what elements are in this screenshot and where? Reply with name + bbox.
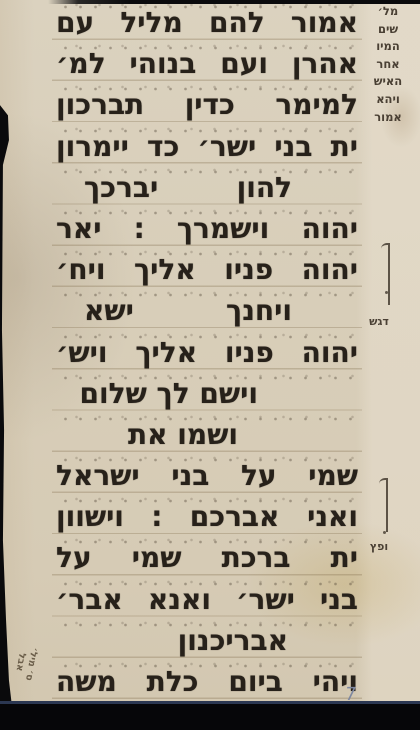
text-line: יהוה פניו אליך ויח׳ [56, 249, 358, 290]
masorah-word: האיש [364, 73, 412, 91]
masorah-nun-stroke-1 [381, 243, 390, 305]
photo-edge-top [0, 0, 420, 4]
text-word: יברכך [84, 167, 158, 208]
photo-edge-bottom [0, 701, 420, 730]
text-line: ויחנךישא [56, 290, 358, 331]
text-line: ושמו את [56, 414, 358, 455]
text-line: אבריכנון [56, 620, 358, 661]
text-line: יהוה פניו אליך ויש׳ [56, 332, 358, 373]
text-word: ישא [84, 290, 134, 331]
masorah-nun-stroke-2 [379, 478, 388, 532]
text-line: ית בני ישר׳ כד יימרון [56, 126, 358, 167]
masorah-dot-1 [385, 291, 388, 294]
masorah-word: אחר [364, 56, 412, 74]
masorah-word: המיו [364, 38, 412, 56]
text-word: ויחנך [226, 290, 292, 331]
text-line: וישם לך שלום [56, 373, 358, 414]
masorah-label-dagesh: דגש [362, 315, 396, 328]
text-word: להון [237, 167, 292, 208]
manuscript-photo: אמור להם מליל עםאהרן ועם בנוהי למ׳למימר … [0, 0, 420, 730]
text-line: שמי על בני ישראל [56, 455, 358, 496]
text-line: אמור להם מליל עם [56, 2, 358, 43]
text-line: ואני אברכם ׃ וישוון [56, 496, 358, 537]
text-line: ויהי ביום כלת משה [56, 661, 358, 702]
text-line: ית ברכת שמי על [56, 537, 358, 578]
main-text-column: אמור להם מליל עםאהרן ועם בנוהי למ׳למימר … [52, 2, 362, 702]
masorah-word: מל׳ [364, 3, 412, 21]
text-line: להוןיברכך [56, 167, 358, 208]
text-line: בני ישר׳ ואנא אבר׳ [56, 579, 358, 620]
masorah-word: שים [364, 21, 412, 39]
text-line: למימר כדין תברכון [56, 84, 358, 125]
masorah-dot-2 [383, 531, 386, 534]
masorah-label-2: ופץ [362, 540, 396, 553]
masorah-word: אמור [364, 109, 412, 127]
masorah-note-column: מל׳שיםהמיואחרהאישויהאאמור [364, 3, 412, 126]
text-line: יהוה וישמרך ׃ יאר [56, 208, 358, 249]
masorah-word: ויהא [364, 91, 412, 109]
text-line: אהרן ועם בנוהי למ׳ [56, 43, 358, 84]
